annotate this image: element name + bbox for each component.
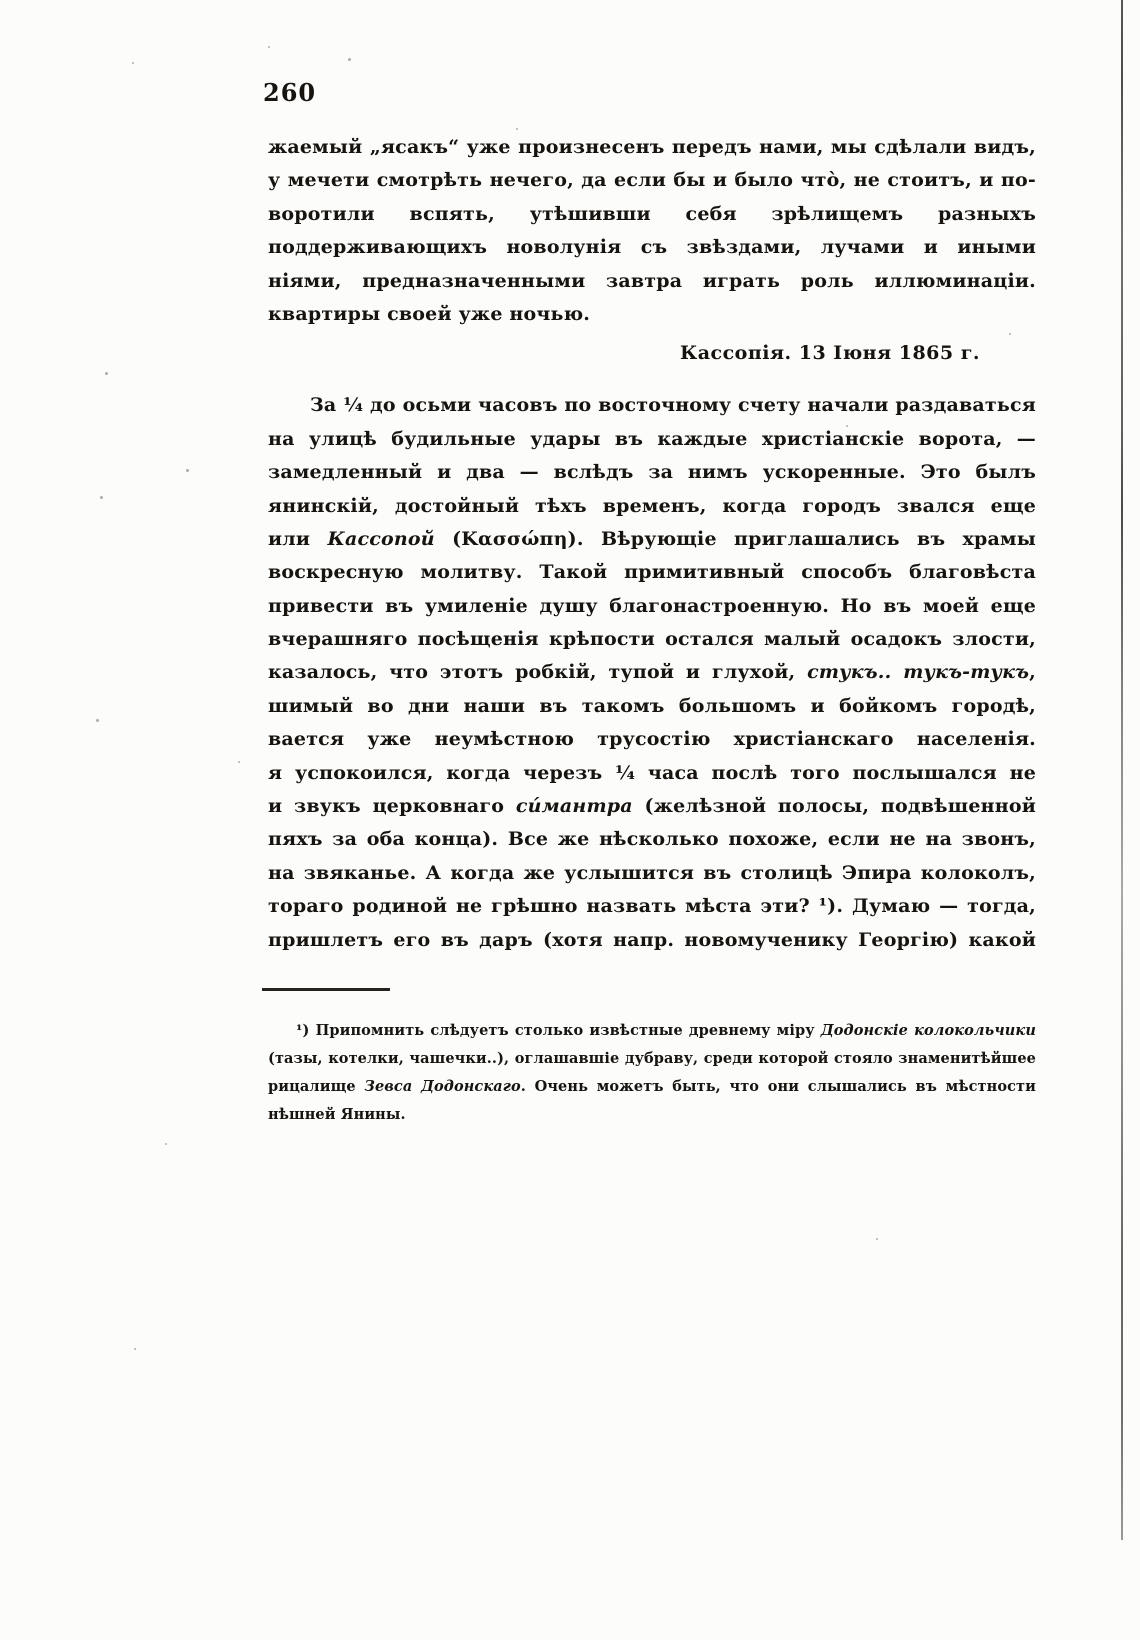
scan-speck (1009, 333, 1011, 335)
scan-speck (132, 62, 134, 64)
italic-run: Зевса Додонскаго (364, 1078, 520, 1095)
italic-run: стукъ.. тукъ-тукъ (807, 661, 1029, 683)
text-line: пришлетъ его въ даръ (хотя напр. новомуч… (268, 924, 1036, 957)
scan-speck (268, 46, 270, 48)
text-line: За ¼ до осьми часовъ по восточному счету… (268, 389, 1036, 422)
italic-run: си́мантра (516, 795, 633, 817)
text-line: ніями, предназначенными завтра играть ро… (268, 265, 1036, 298)
text-line: у мечети смотрѣть нечего, да если бы и б… (268, 164, 1036, 197)
text-line: квартиры своей уже ночью. (268, 298, 1036, 331)
text-line: я успокоился, когда черезъ ¼ часа послѣ … (268, 757, 1036, 790)
scan-speck (134, 1348, 136, 1350)
scan-speck (165, 1143, 167, 1145)
text-line: или Кассопой (Κασσώπη). Вѣрующіе приглаш… (268, 523, 1036, 556)
text-line: нѣшней Янины. (268, 1101, 1036, 1129)
text-line: замедленный и два — вслѣдъ за нимъ ускор… (268, 456, 1036, 489)
book-page: 260 жаемый „ясакъ“ уже произнесенъ перед… (0, 0, 1140, 1640)
text-line: на звяканье. А когда же услышится въ сто… (268, 857, 1036, 890)
text-line: и звукъ церковнаго си́мантра (желѣзной п… (268, 790, 1036, 823)
text-column: жаемый „ясакъ“ уже произнесенъ передъ на… (268, 131, 1036, 1129)
scan-speck (348, 58, 351, 61)
scan-speck (516, 128, 518, 130)
text-line: казалось, что этотъ робкій, тупой и глух… (268, 656, 1036, 689)
scan-speck (186, 469, 189, 472)
text-line: воскресную молитву. Такой примитивный сп… (268, 556, 1036, 589)
text-line: тораго родиной не грѣшно назвать мѣста э… (268, 890, 1036, 923)
text-line: поддерживающихъ новолунія съ звѣздами, л… (268, 231, 1036, 264)
text-line: шимый во дни наши въ такомъ большомъ и б… (268, 690, 1036, 723)
scan-speck (96, 719, 99, 722)
footnote: ¹) Припомнить слѣдуетъ столько извѣстные… (268, 1017, 1036, 1129)
text-line: жаемый „ясакъ“ уже произнесенъ передъ на… (268, 131, 1036, 164)
text-line: ¹) Припомнить слѣдуетъ столько извѣстные… (268, 1017, 1036, 1045)
text-line: (тазы, котелки, чашечки..), оглашавшіе д… (268, 1045, 1036, 1073)
scan-speck (238, 761, 240, 763)
scan-speck (846, 425, 848, 427)
paragraph-1: жаемый „ясакъ“ уже произнесенъ передъ на… (268, 131, 1036, 331)
text-line: привести въ умиленіе душу благонастроенн… (268, 590, 1036, 623)
paragraph-2: За ¼ до осьми часовъ по восточному счету… (268, 389, 1036, 957)
text-line: вается уже неумѣстною трусостію христіан… (268, 723, 1036, 756)
text-line: воротили вспять, утѣшивши себя зрѣлищемъ… (268, 198, 1036, 231)
text-line: пяхъ за оба конца). Все же нѣсколько пох… (268, 823, 1036, 856)
text-line: вчерашняго посѣщенія крѣпости остался ма… (268, 623, 1036, 656)
page-number: 260 (263, 78, 316, 107)
text-line: янинскій, достойный тѣхъ временъ, когда … (268, 490, 1036, 523)
text-line: рицалище Зевса Додонскаго. Очень можетъ … (268, 1073, 1036, 1101)
page-edge-scan-line (1121, 0, 1123, 1540)
dateline: Кассопія. 13 Іюня 1865 г. (268, 337, 1036, 370)
scan-speck (100, 496, 103, 499)
italic-run: Додонскіе колокольчики (821, 1022, 1036, 1039)
italic-run: Кассопой (327, 528, 434, 550)
scan-speck (876, 1238, 878, 1240)
scan-speck (105, 372, 108, 375)
footnote-separator-rule (262, 988, 390, 991)
text-line: на улицѣ будильные удары въ каждые христ… (268, 423, 1036, 456)
